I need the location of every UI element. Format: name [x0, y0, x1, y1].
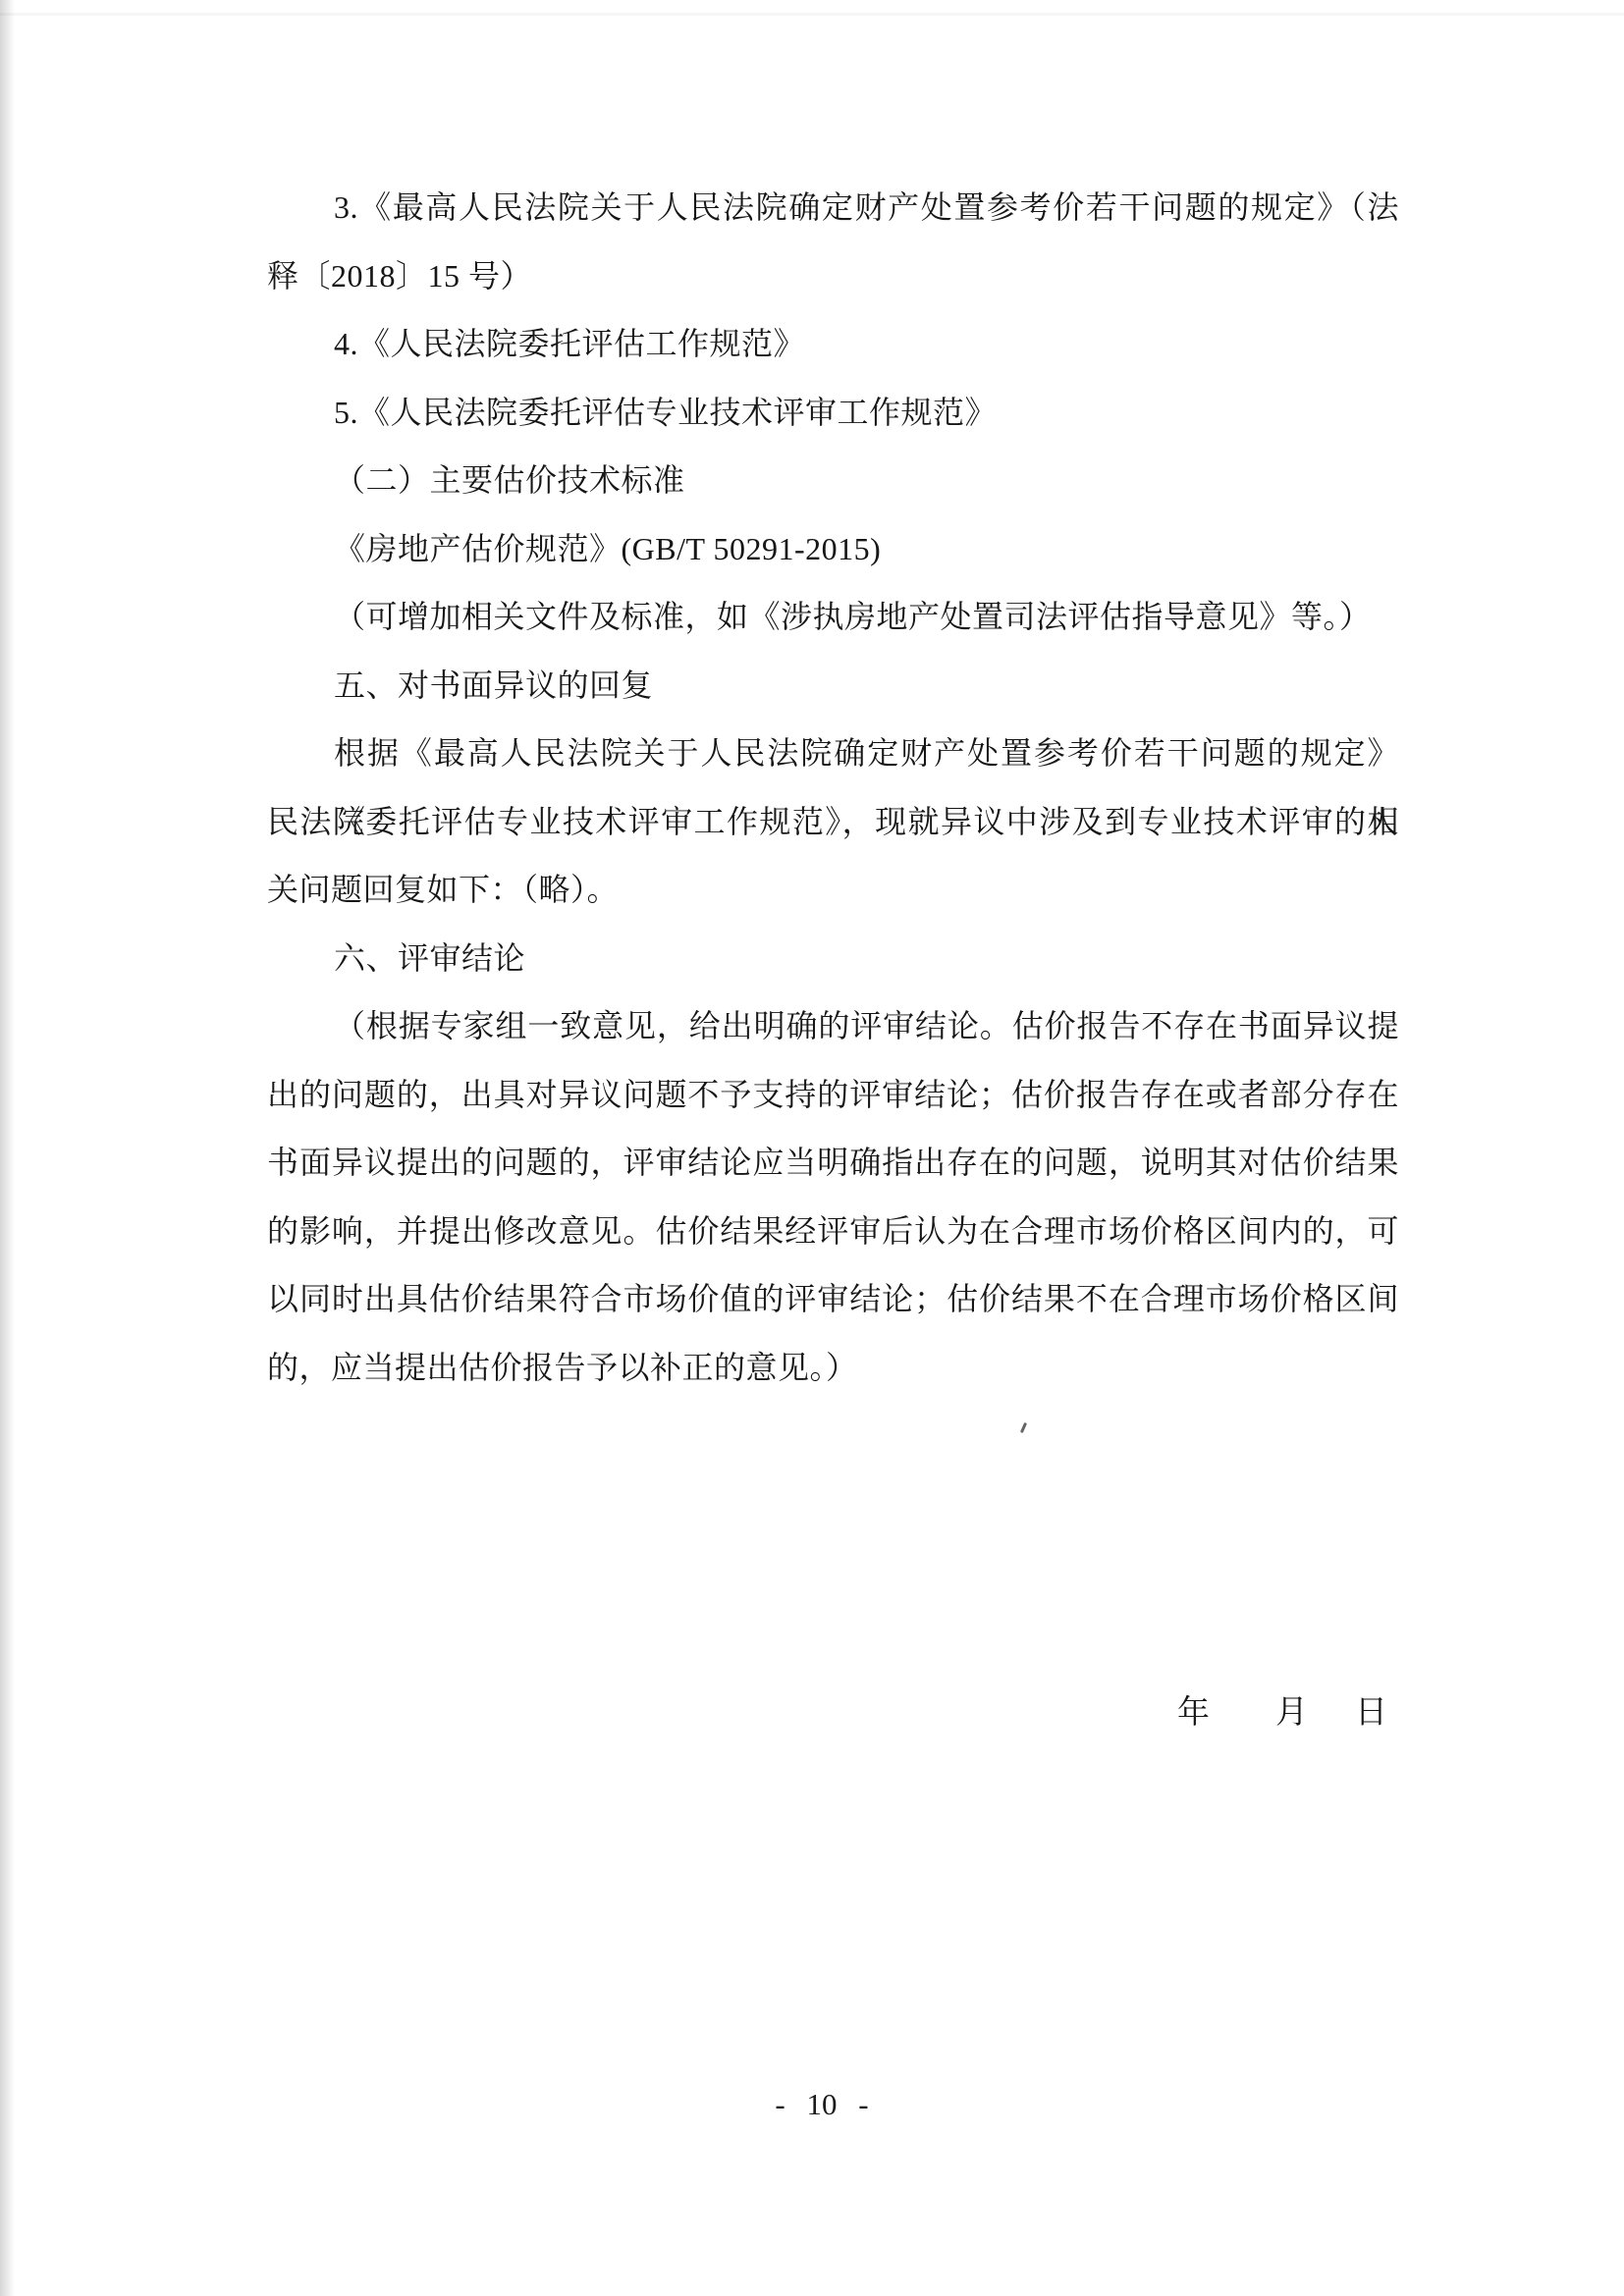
- text-line: 的，应当提出估价报告予以补正的意见。）: [267, 1334, 1399, 1403]
- date-year-label: 年: [1177, 1686, 1210, 1733]
- text-line: 《房地产估价规范》(GB/T 50291-2015): [267, 515, 1399, 584]
- text-line: （根据专家组一致意见，给出明确的评审结论。估价报告不存在书面异议提: [267, 992, 1399, 1061]
- section-heading: 六、评审结论: [267, 925, 1399, 993]
- scan-speck-artifact: [1020, 1422, 1027, 1433]
- scan-edge-shadow-left: [0, 0, 15, 2296]
- section-heading: 五、对书面异议的回复: [267, 652, 1399, 721]
- text-line: 3.《最高人民法院关于人民法院确定财产处置参考价若干问题的规定》（法: [267, 174, 1399, 242]
- section-heading: （二）主要估价技术标准: [267, 447, 1399, 515]
- date-month-label: 月: [1275, 1686, 1308, 1733]
- text-line: 的影响，并提出修改意见。估价结果经评审后认为在合理市场价格区间内的，可: [267, 1198, 1399, 1266]
- text-line: 民法院委托评估专业技术评审工作规范》，现就异议中涉及到专业技术评审的相: [267, 788, 1399, 857]
- text-line: 出的问题的，出具对异议问题不予支持的评审结论；估价报告存在或者部分存在: [267, 1061, 1399, 1130]
- text-line: 以同时出具估价结果符合市场价值的评审结论；估价结果不在合理市场价格区间: [267, 1265, 1399, 1334]
- signature-date-line: 年 月 日: [1177, 1686, 1399, 1734]
- text-line: 释〔2018〕15 号）: [267, 242, 1399, 311]
- date-day-label: 日: [1355, 1686, 1387, 1733]
- text-line: 4.《人民法院委托评估工作规范》: [267, 310, 1399, 379]
- text-line: 书面异议提出的问题的，评审结论应当明确指出存在的问题，说明其对估价结果: [267, 1129, 1399, 1198]
- scan-edge-artifact-top: [0, 13, 1624, 16]
- text-line: 根据《最高人民法院关于人民法院确定财产处置参考价若干问题的规定》《人: [267, 720, 1399, 788]
- page-number: - 10 -: [753, 2087, 891, 2122]
- text-line: 5.《人民法院委托评估专业技术评审工作规范》: [267, 379, 1399, 448]
- text-line: （可增加相关文件及标准，如《涉执房地产处置司法评估指导意见》等。）: [267, 583, 1399, 652]
- document-body: 3.《最高人民法院关于人民法院确定财产处置参考价若干问题的规定》（法 释〔201…: [267, 174, 1399, 1402]
- scanned-document-page: 3.《最高人民法院关于人民法院确定财产处置参考价若干问题的规定》（法 释〔201…: [0, 0, 1624, 2296]
- text-line: 关问题回复如下：（略）。: [267, 856, 1399, 925]
